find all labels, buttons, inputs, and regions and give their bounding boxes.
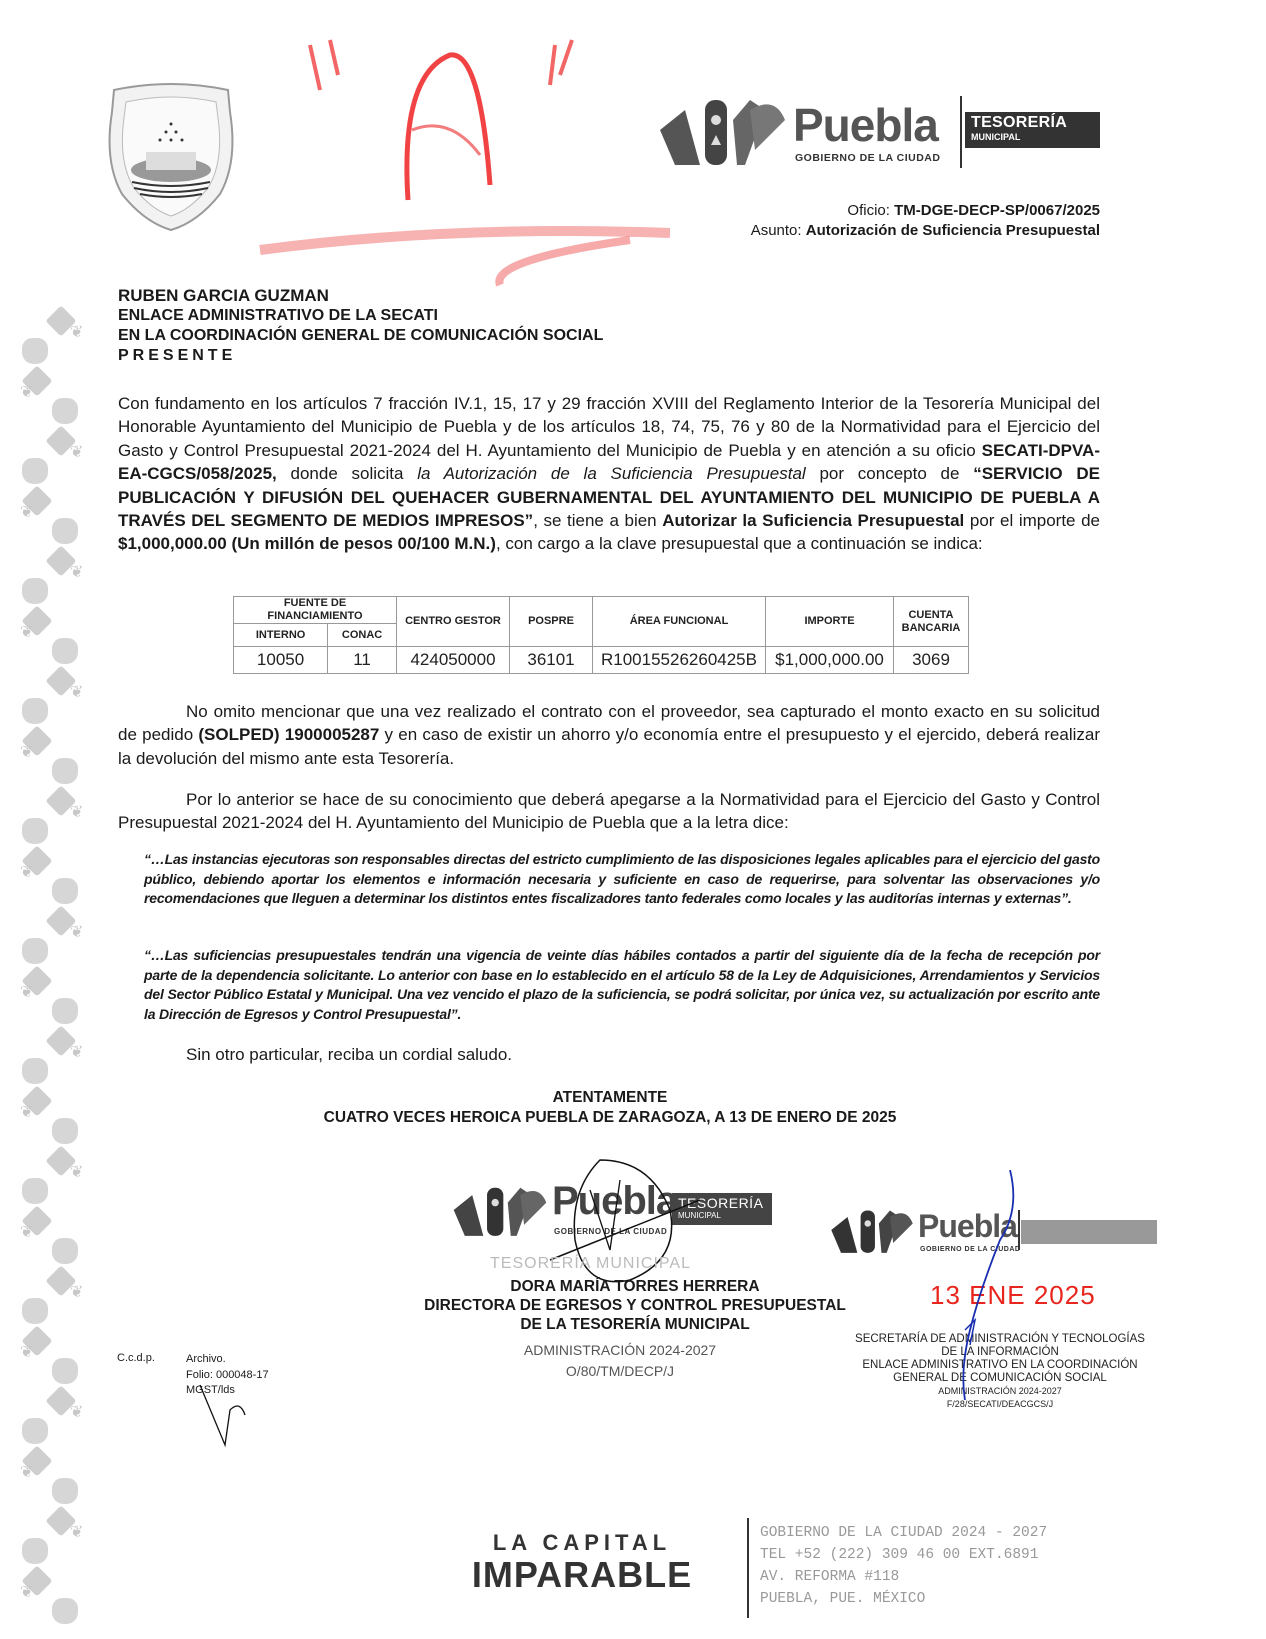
archivo-label: Archivo. (186, 1352, 269, 1368)
solped-paragraph: No omito mencionar que una vez realizado… (118, 700, 1100, 770)
header-funding-source: FUENTE DE FINANCIAMIENTO (234, 597, 397, 624)
blue-ink-signature (940, 1170, 1020, 1400)
administration-stamp: ADMINISTRACIÓN 2024-2027 O/80/TM/DECP/J (470, 1340, 770, 1382)
oficio-label: Oficio: (847, 202, 890, 219)
signer-department: DE LA TESORERÍA MUNICIPAL (400, 1315, 870, 1334)
p1-text: por el importe de (964, 511, 1100, 530)
city-crest-icon (102, 82, 240, 232)
normativity-paragraph: Por lo anterior se hace de su conocimien… (118, 788, 1100, 835)
handwritten-annotation: "A" (250, 35, 670, 295)
signer-title: DIRECTORA DE EGRESOS Y CONTROL PRESUPUES… (400, 1296, 870, 1315)
city-slogan: LA CAPITAL IMPARABLE (452, 1530, 712, 1620)
solped-number: (SOLPED) 1900005287 (198, 725, 379, 744)
budget-key-table: FUENTE DE FINANCIAMIENTO CENTRO GESTOR P… (233, 596, 969, 674)
faint-stamp-text: TESORERÍA MUNICIPAL (490, 1255, 691, 1273)
cell-importe: $1,000,000.00 (766, 647, 894, 674)
address-line: AV. REFORMA #118 (760, 1566, 1047, 1588)
closing-greeting: Sin otro particular, reciba un cordial s… (186, 1045, 512, 1065)
main-paragraph: Con fundamento en los artículos 7 fracci… (118, 392, 1100, 556)
p1-text: , con cargo a la clave presupuestal que … (496, 534, 983, 553)
p1-text: donde solicita (277, 464, 417, 483)
badge-title: TESORERÍA (971, 114, 1094, 132)
p1-text: , se tiene a bien (533, 511, 662, 530)
asunto-label: Asunto: (751, 222, 802, 239)
cell-area-funcional: R10015526260425B (593, 647, 766, 674)
header-pospre: POSPRE (510, 597, 593, 647)
p1-text: Con fundamento en los artículos 7 fracci… (118, 394, 1100, 460)
logo-subtitle: GOBIERNO DE LA CIUDAD (795, 152, 940, 164)
quote-responsibility: “…Las instancias ejecutoras son responsa… (144, 850, 1100, 909)
city-skyline-logo-icon (828, 1200, 916, 1260)
header-interno: INTERNO (234, 624, 328, 647)
slogan-line-2: IMPARABLE (452, 1556, 712, 1594)
ccdp-label: C.c.d.p. (117, 1352, 155, 1364)
cell-centro-gestor: 424050000 (397, 647, 510, 674)
document-reference: Oficio: TM-DGE-DECP-SP/0067/2025 Asunto:… (751, 201, 1100, 241)
header-centro-gestor: CENTRO GESTOR (397, 597, 510, 647)
addressee-name: RUBEN GARCIA GUZMAN (118, 286, 603, 306)
addressee-block: RUBEN GARCIA GUZMAN ENLACE ADMINISTRATIV… (118, 286, 603, 366)
stamp-admin-period: ADMINISTRACIÓN 2024-2027 (470, 1340, 770, 1361)
stamp-code: O/80/TM/DECP/J (470, 1361, 770, 1382)
atentamente-label: ATENTAMENTE (0, 1088, 1220, 1108)
asunto-value: Autorización de Suficiencia Presupuestal (806, 222, 1100, 239)
initials-signature (190, 1380, 260, 1450)
tesoreria-badge: TESORERÍA MUNICIPAL (965, 112, 1100, 148)
p1-italic: la Autorización de la Suficiencia Presup… (417, 464, 805, 483)
secretaria-badge (1021, 1220, 1157, 1244)
cell-pospre: 36101 (510, 647, 593, 674)
header-area-funcional: ÁREA FUNCIONAL (593, 597, 766, 647)
address-line: GOBIERNO DE LA CIUDAD 2024 - 2027 (760, 1522, 1047, 1544)
puebla-tesoreria-logo: Puebla GOBIERNO DE LA CIUDAD TESORERÍA M… (655, 90, 1105, 170)
presente-label: PRESENTE (118, 346, 603, 366)
logo-divider (960, 96, 962, 168)
addressee-department: EN LA COORDINACIÓN GENERAL DE COMUNICACI… (118, 326, 603, 346)
header-importe: IMPORTE (766, 597, 894, 647)
header-cuenta-bancaria: CUENTA BANCARIA (894, 597, 969, 647)
header-conac: CONAC (328, 624, 397, 647)
amount-text: $1,000,000.00 (Un millón de pesos 00/100… (118, 534, 496, 553)
badge-subtitle: MUNICIPAL (971, 132, 1094, 142)
authorization-phrase: Autorizar la Suficiencia Presupuestal (662, 511, 964, 530)
cell-cuenta-bancaria: 3069 (894, 647, 969, 674)
phone-line: TEL +52 (222) 309 46 00 EXT.6891 (760, 1544, 1047, 1566)
oficio-number: TM-DGE-DECP-SP/0067/2025 (894, 202, 1100, 219)
address-line: PUEBLA, PUE. MÉXICO (760, 1588, 1047, 1610)
footer-address: GOBIERNO DE LA CIUDAD 2024 - 2027 TEL +5… (760, 1522, 1047, 1610)
p1-text: por concepto de (806, 464, 973, 483)
table-row: 10050 11 424050000 36101 R10015526260425… (234, 647, 969, 674)
cell-interno: 10050 (234, 647, 328, 674)
decorative-border: ❦❦❦❦❦❦❦❦❦❦❦❦❦❦❦❦❦❦❦❦❦❦ (18, 310, 88, 1630)
quote-validity: “…Las suficiencias presupuestales tendrá… (144, 946, 1100, 1024)
cell-conac: 11 (328, 647, 397, 674)
addressee-title: ENLACE ADMINISTRATIVO DE LA SECATI (118, 306, 603, 326)
city-skyline-logo-icon (655, 90, 790, 170)
slogan-line-1: LA CAPITAL (452, 1530, 712, 1556)
sign-off: ATENTAMENTE CUATRO VECES HEROICA PUEBLA … (0, 1088, 1220, 1128)
footer-divider (747, 1518, 749, 1618)
place-date: CUATRO VECES HEROICA PUEBLA DE ZARAGOZA,… (0, 1108, 1220, 1128)
logo-wordmark: Puebla (793, 98, 938, 152)
signer-block: DORA MARÍA TORRES HERRERA DIRECTORA DE E… (400, 1277, 870, 1334)
signer-name: DORA MARÍA TORRES HERRERA (400, 1277, 870, 1296)
